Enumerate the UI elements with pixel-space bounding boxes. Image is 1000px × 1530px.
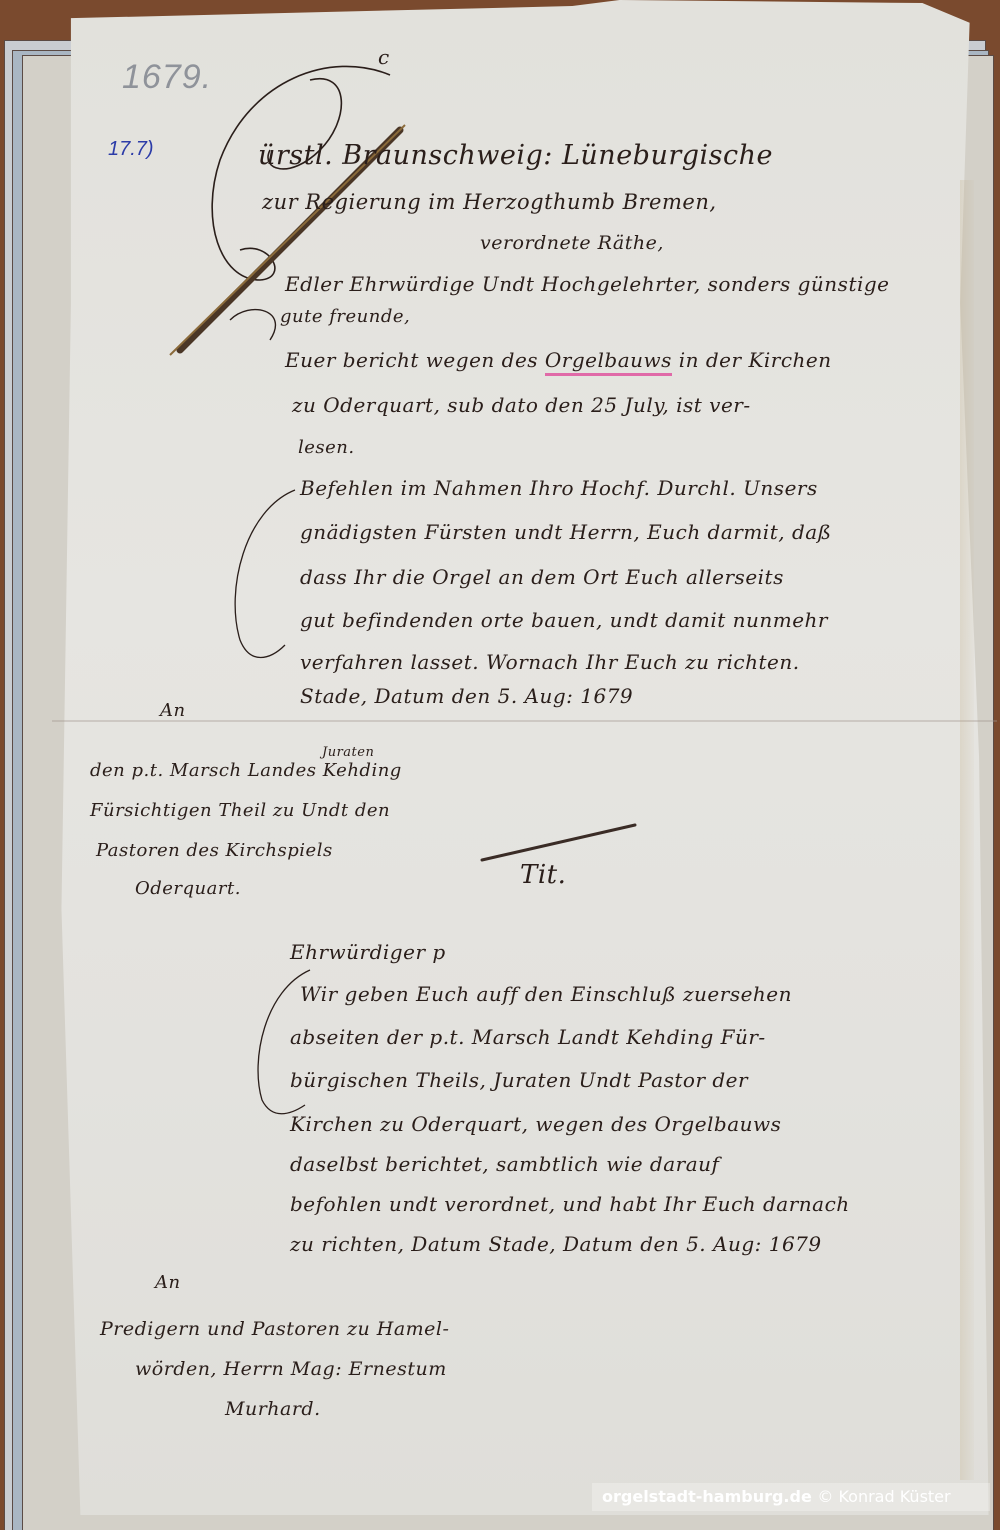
letter2-line-3: bürgischen Theils, Juraten Undt Pastor d… xyxy=(290,1068,748,1092)
heading-line-3: verordnete Räthe, xyxy=(480,232,664,254)
body2-line-5: verfahren lasset. Wornach Ihr Euch zu ri… xyxy=(300,650,800,674)
title-abbreviation: Tit. xyxy=(520,860,566,890)
highlighted-word-orgelbau: Orgelbauws xyxy=(545,348,672,376)
address1-line-3: Pastoren des Kirchspiels xyxy=(96,840,333,861)
letter2-line-7-date: zu richten, Datum Stade, Datum den 5. Au… xyxy=(290,1232,822,1256)
paragraph-flourish-icon xyxy=(225,470,305,670)
body2-line-4: gut befindenden orte bauen, undt damit n… xyxy=(300,608,828,632)
body1-line-1: Euer bericht wegen des Orgelbauws in der… xyxy=(285,348,832,372)
letter2-line-1: Wir geben Euch auff den Einschluß zuerse… xyxy=(300,982,792,1006)
heading-line-1: ürstl. Braunschweig: Lüneburgische xyxy=(258,140,773,171)
address2-an: An xyxy=(155,1272,181,1293)
address2-line-1: Predigern und Pastoren zu Hamel- xyxy=(100,1318,449,1340)
body2-line-1: Befehlen im Nahmen Ihro Hochf. Durchl. U… xyxy=(300,476,818,500)
salutation-line-2: gute freunde, xyxy=(280,306,410,327)
body1-text: in der Kirchen xyxy=(672,348,832,372)
salutation-line-1: Edler Ehrwürdige Undt Hochgelehrter, son… xyxy=(285,272,890,296)
body2-line-3: dass Ihr die Orgel an dem Ort Euch aller… xyxy=(300,565,784,589)
svg-text:c: c xyxy=(378,45,389,69)
letter2-line-6: befohlen undt verordnet, und habt Ihr Eu… xyxy=(290,1192,850,1216)
address1-superscript: Juraten xyxy=(322,745,374,760)
watermark-credit: © Konrad Küster xyxy=(817,1487,950,1506)
letter2-line-2: abseiten der p.t. Marsch Landt Kehding F… xyxy=(290,1025,766,1049)
address2-line-2: wörden, Herrn Mag: Ernestum xyxy=(135,1358,447,1380)
body2-line-2: gnädigsten Fürsten undt Herrn, Euch darm… xyxy=(300,520,832,544)
archival-catalog-mark: 17.7) xyxy=(108,138,154,161)
watermark-site: orgelstadt-hamburg.de xyxy=(602,1487,812,1506)
body1-text: Euer bericht wegen des xyxy=(285,348,545,372)
pen-flourish-icon xyxy=(480,820,660,880)
body2-line-6-date: Stade, Datum den 5. Aug: 1679 xyxy=(300,684,633,708)
paper-fold-line xyxy=(52,720,997,722)
address1-an: An xyxy=(160,700,186,721)
address1-line-2: Fürsichtigen Theil zu Undt den xyxy=(90,800,390,821)
address2-line-3: Murhard. xyxy=(225,1398,321,1420)
paper-stain xyxy=(960,180,974,1480)
body1-line-2: zu Oderquart, sub dato den 25 July, ist … xyxy=(292,393,751,417)
copyright-watermark: orgelstadt-hamburg.de © Konrad Küster xyxy=(592,1483,990,1511)
letter2-line-5: daselbst berichtet, sambtlich wie darauf xyxy=(290,1152,719,1176)
address1-line-1: den p.t. Marsch Landes Kehding xyxy=(90,760,402,781)
letter2-line-4: Kirchen zu Oderquart, wegen des Orgelbau… xyxy=(290,1112,781,1136)
heading-line-2: zur Regierung im Herzogthumb Bremen, xyxy=(262,190,717,214)
body1-line-3: lesen. xyxy=(298,437,355,458)
address1-line-4: Oderquart. xyxy=(135,878,241,899)
